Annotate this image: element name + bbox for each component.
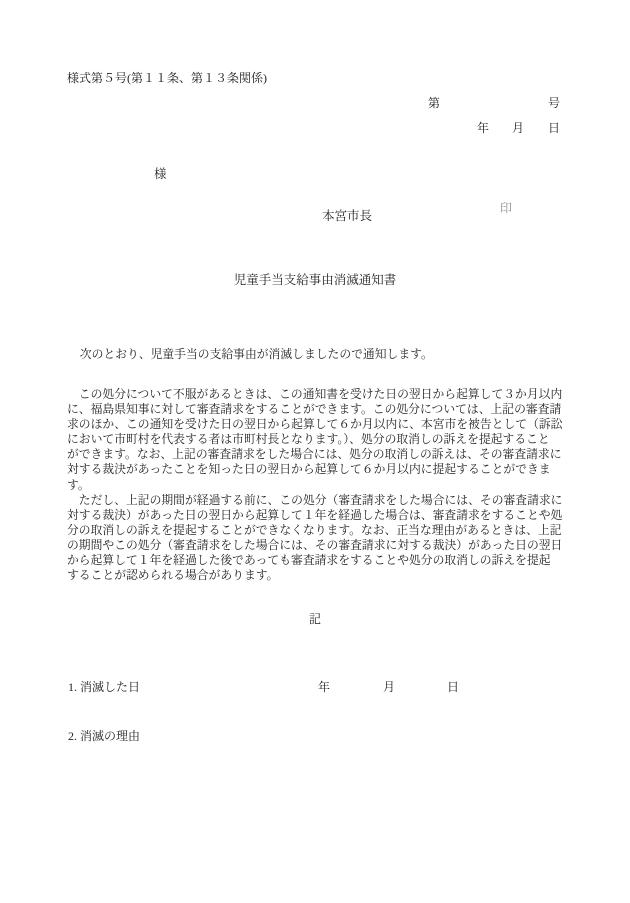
body-line: この処分について不服があるときは、この通知書を受けた日の翌日から起算して３か月以… [67, 387, 569, 402]
item-1-day-label: 日 [447, 678, 459, 695]
issue-date-month-label: 月 [512, 119, 524, 136]
body-line: 求のほか、この通知を受けた日の翌日から起算して６か月以内に、本宮市を被告として（… [67, 417, 569, 432]
body-line: ができます。なお、上記の審査請求をした場合には、処分の取消しの訴えは、その審査請… [67, 447, 569, 462]
body-line: 対する裁決があったことを知った日の翌日から起算して６か月以内に提起することができ… [67, 462, 569, 477]
intro-sentence: 次のとおり、児童手当の支給事由が消滅しましたので通知します。 [68, 345, 433, 362]
document-title: 児童手当支給事由消滅通知書 [0, 270, 630, 288]
sender-title: 本宮市長 [322, 206, 372, 224]
issue-date-day-label: 日 [548, 119, 560, 136]
form-number-label: 様式第５号(第１１条、第１３条関係) [67, 69, 267, 86]
issue-date-year-label: 年 [477, 119, 489, 136]
body-line: 分の取消しの訴えを提起することができなくなります。なお、正当な理由があるときは、… [67, 523, 569, 538]
item-2-extinction-reason-label: 2. 消滅の理由 [68, 727, 140, 744]
doc-number-suffix: 号 [548, 94, 560, 111]
body-line: において市町村を代表する者は市町村長となります。）、処分の取消しの訴えを提起する… [67, 432, 569, 447]
body-line: することが認められる場合があります。 [67, 568, 569, 583]
record-marker: 記 [0, 610, 630, 627]
body-line: から起算して１年を経過した後であっても審査請求をすることや処分の取消しの訴えを提… [67, 553, 569, 568]
document-page: 様式第５号(第１１条、第１３条関係) 第 号 年 月 日 様 本宮市長 印 児童… [0, 0, 630, 903]
doc-number-prefix: 第 [428, 94, 440, 111]
item-1-extinction-date-label: 1. 消滅した日 [68, 678, 140, 695]
body-line: の期間やこの処分（審査請求をした場合には、その審査請求に対する裁決）があった日の… [67, 538, 569, 553]
item-1-year-label: 年 [318, 678, 330, 695]
body-line: 対する裁決）があった日の翌日から起算して１年を経過した場合は、審査請求をすること… [67, 508, 569, 523]
body-line: ただし、上記の期間が経過する前に、この処分（審査請求をした場合には、その審査請求… [67, 493, 569, 508]
body-line: に、福島県知事に対して審査請求をすることができます。この処分については、上記の審… [67, 402, 569, 417]
body-line: す。 [67, 478, 569, 493]
addressee-honorific: 様 [154, 164, 167, 182]
appeal-instructions-paragraphs: この処分について不服があるときは、この通知書を受けた日の翌日から起算して３か月以… [67, 387, 569, 583]
item-1-month-label: 月 [383, 678, 395, 695]
seal-mark: 印 [500, 199, 512, 216]
